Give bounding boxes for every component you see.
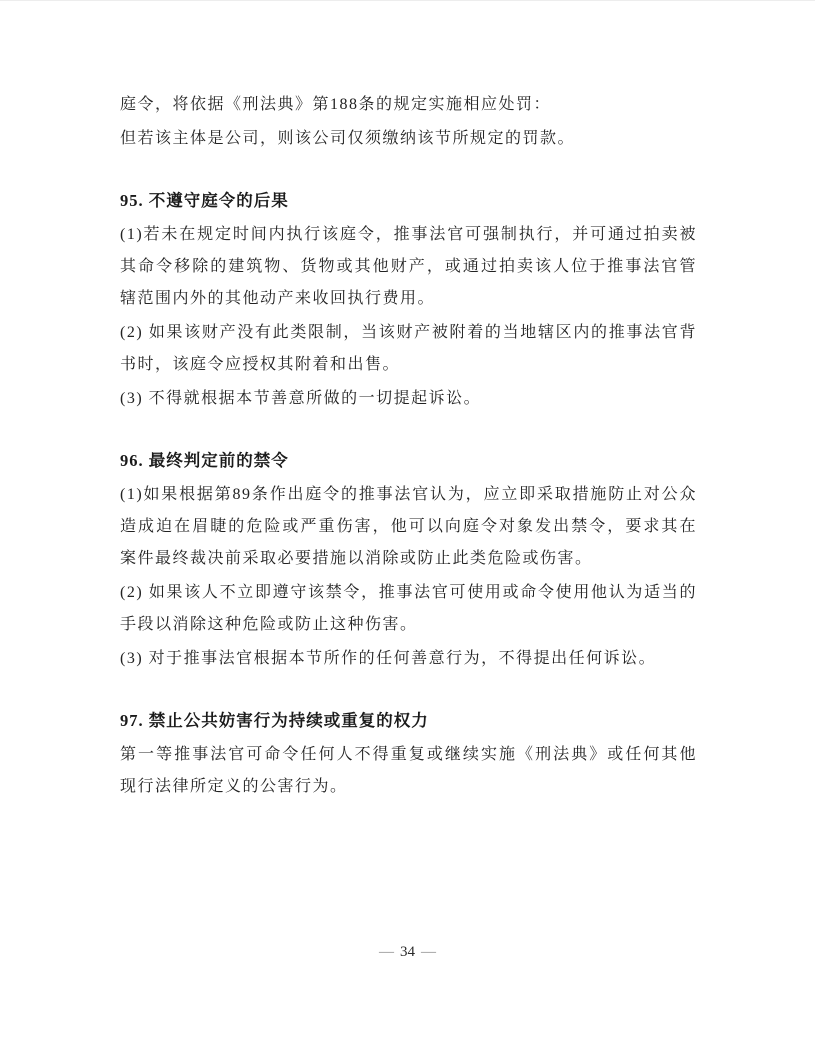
intro-line-1: 庭令，将依据《刑法典》第188条的规定实施相应处罚： — [120, 89, 697, 121]
section-95-paragraph-2: (2) 如果该财产没有此类限制，当该财产被附着的当地辖区内的推事法官背书时，该庭… — [120, 317, 697, 381]
page-number: 34 — [400, 944, 415, 960]
section-95-heading: 95. 不遵守庭令的后果 — [120, 185, 697, 217]
intro-paragraph: 庭令，将依据《刑法典》第188条的规定实施相应处罚： 但若该主体是公司，则该公司… — [120, 89, 697, 155]
intro-line-2: 但若该主体是公司，则该公司仅须缴纳该节所规定的罚款。 — [120, 123, 697, 155]
document-content: 庭令，将依据《刑法典》第188条的规定实施相应处罚： 但若该主体是公司，则该公司… — [120, 89, 697, 805]
section-95: 95. 不遵守庭令的后果 (1)若未在规定时间内执行该庭令，推事法官可强制执行，… — [120, 185, 697, 415]
section-95-paragraph-3: (3) 不得就根据本节善意所做的一切提起诉讼。 — [120, 383, 697, 415]
footer-dash-left: — — [373, 944, 400, 960]
section-97-heading: 97. 禁止公共妨害行为持续或重复的权力 — [120, 705, 697, 737]
section-96-paragraph-3: (3) 对于推事法官根据本节所作的任何善意行为，不得提出任何诉讼。 — [120, 643, 697, 675]
section-97: 97. 禁止公共妨害行为持续或重复的权力 第一等推事法官可命令任何人不得重复或继… — [120, 705, 697, 803]
section-96-heading: 96. 最终判定前的禁令 — [120, 445, 697, 477]
section-96: 96. 最终判定前的禁令 (1)如果根据第89条作出庭令的推事法官认为，应立即采… — [120, 445, 697, 675]
section-96-paragraph-1: (1)如果根据第89条作出庭令的推事法官认为，应立即采取措施防止对公众造成迫在眉… — [120, 479, 697, 575]
section-97-paragraph-1: 第一等推事法官可命令任何人不得重复或继续实施《刑法典》或任何其他现行法律所定义的… — [120, 739, 697, 803]
section-95-paragraph-1: (1)若未在规定时间内执行该庭令，推事法官可强制执行，并可通过拍卖被其命令移除的… — [120, 219, 697, 315]
page-footer: —34— — [0, 941, 815, 963]
document-page: 庭令，将依据《刑法典》第188条的规定实施相应处罚： 但若该主体是公司，则该公司… — [0, 0, 815, 1055]
footer-dash-right: — — [415, 944, 442, 960]
section-96-paragraph-2: (2) 如果该人不立即遵守该禁令，推事法官可使用或命令使用他认为适当的手段以消除… — [120, 577, 697, 641]
